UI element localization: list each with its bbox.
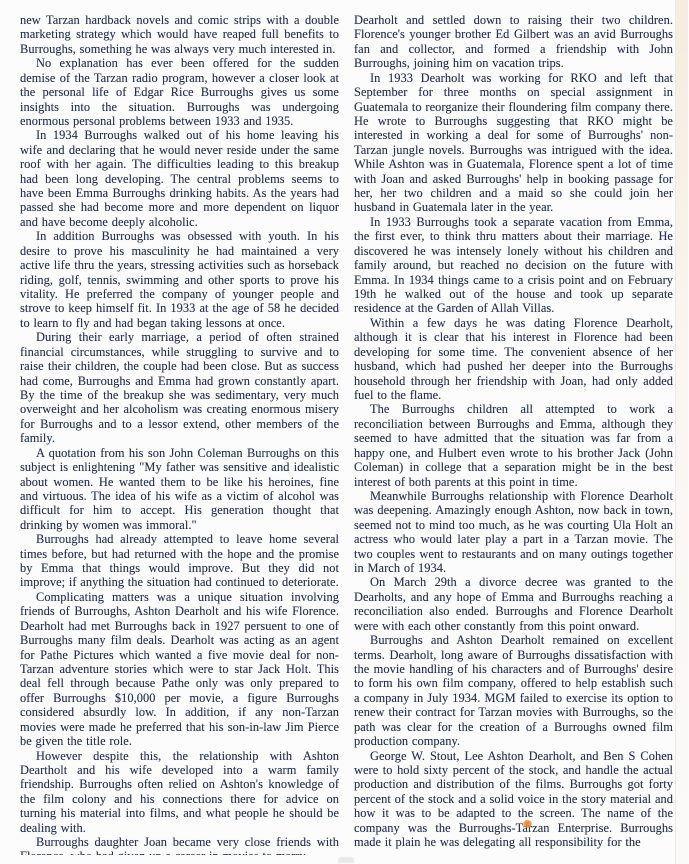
text-column-right: Dearholt and settled down to raising the… — [354, 13, 673, 855]
paragraph: Burroughs and Ashton Dearholt remained o… — [354, 633, 673, 748]
paragraph: On March 29th a divorce decree was grant… — [354, 575, 673, 633]
paragraph: In 1933 Dearholt was working for RKO and… — [354, 71, 673, 215]
text-column-left: new Tarzan hardback novels and comic str… — [20, 13, 339, 855]
paragraph: In addition Burroughs was obsessed with … — [20, 229, 339, 330]
paragraph: The Burroughs children all attempted to … — [354, 402, 673, 489]
paragraph: In 1934 Burroughs walked out of his home… — [20, 128, 339, 229]
paragraph: Complicating matters was a unique situat… — [20, 590, 339, 749]
paragraph: Within a few days he was dating Florence… — [354, 316, 673, 403]
paragraph: A quotation from his son John Coleman Bu… — [20, 446, 339, 533]
paragraph: No explanation has ever been offered for… — [20, 56, 339, 128]
paragraph: During their early marriage, a period of… — [20, 330, 339, 445]
scan-artifact — [523, 820, 532, 828]
page-number-remnant — [338, 857, 354, 863]
paragraph: In 1933 Burroughs took a separate vacati… — [354, 215, 673, 316]
paragraph: new Tarzan hardback novels and comic str… — [20, 13, 339, 56]
paragraph: Meanwhile Burroughs relationship with Fl… — [354, 489, 673, 576]
document-page: new Tarzan hardback novels and comic str… — [20, 13, 672, 855]
paragraph: George W. Stout, Lee Ashton Dearholt, an… — [354, 749, 673, 850]
paragraph: However despite this, the relationship w… — [20, 749, 339, 836]
paragraph: Burroughs had already attempted to leave… — [20, 532, 339, 590]
page-edge-shadow — [675, 0, 688, 864]
paragraph: Burroughs daughter Joan became very clos… — [20, 835, 339, 855]
paragraph: Dearholt and settled down to raising the… — [354, 13, 673, 71]
